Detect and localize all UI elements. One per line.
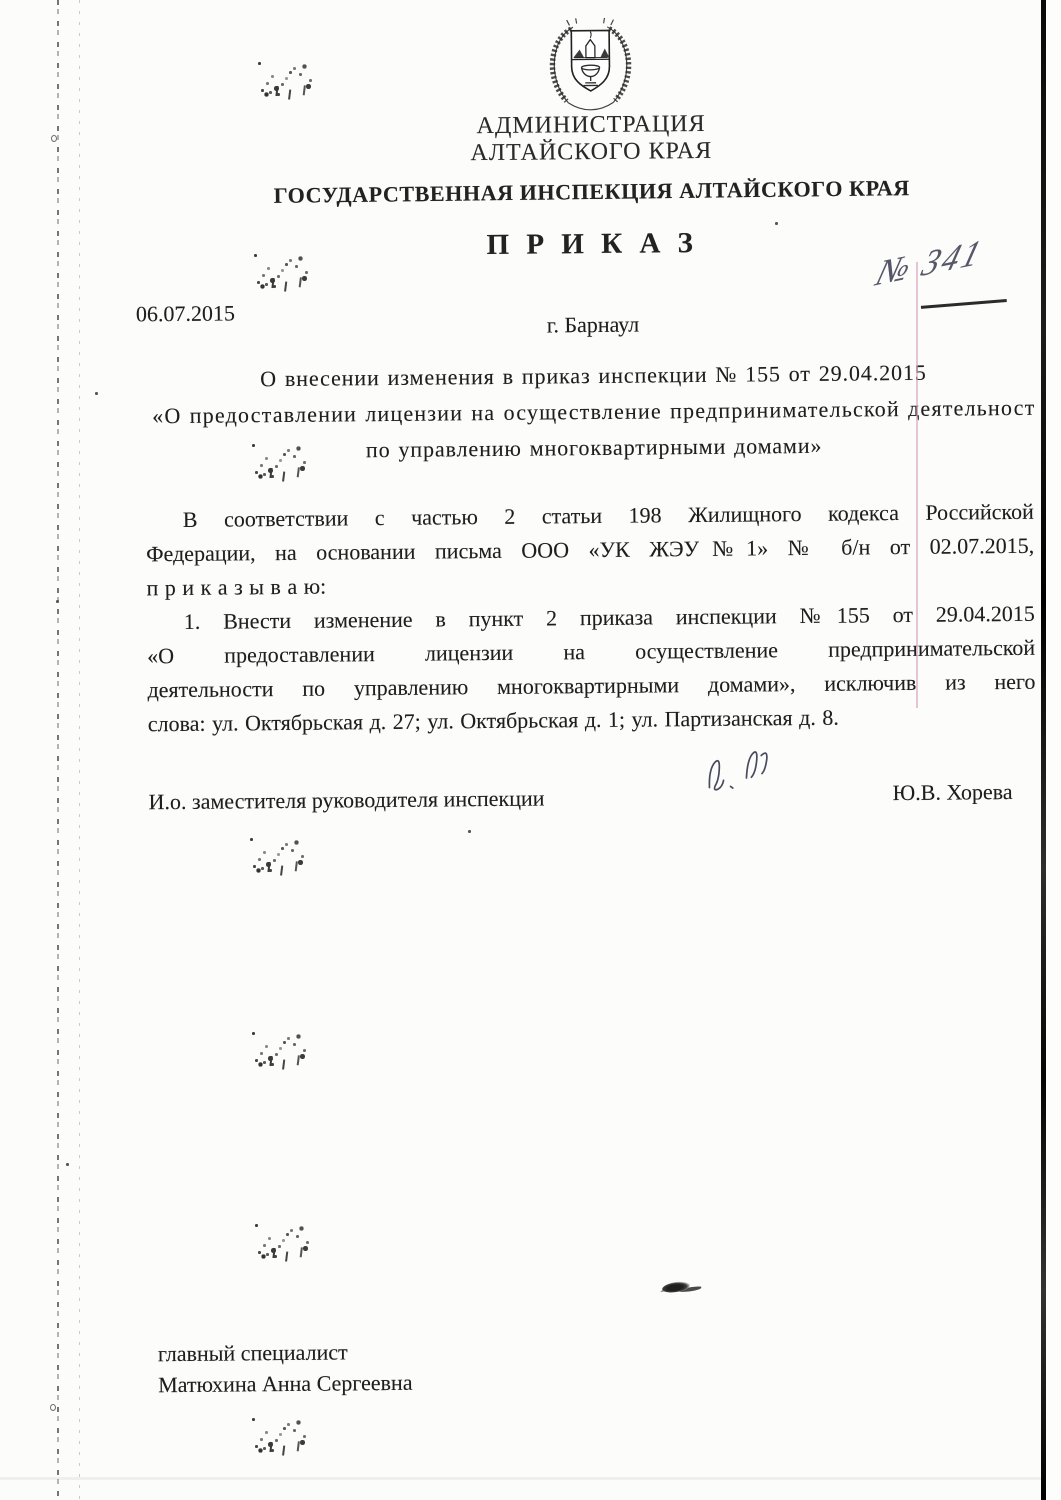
- scan-edge-line: [79, 0, 80, 1500]
- paragraph-2: 1. Внести изменение в пункт 2 приказа ин…: [147, 597, 1036, 742]
- scan-speck: [95, 392, 98, 395]
- executor-name: Матюхина Анна Сергеевна: [158, 1367, 413, 1400]
- body-line: слова: ул. Октябрьская д. 27; ул. Октябр…: [148, 699, 1036, 742]
- document-content: АДМИНИСТРАЦИЯ АЛТАЙСКОГО КРАЯ ГОСУДАРСТВ…: [126, 0, 1061, 1500]
- scan-speck: [51, 135, 57, 142]
- paragraph-1: В соответствии с частью 2 статьи 198 Жил…: [146, 495, 1035, 606]
- document-title: О внесении изменения в приказ инспекции …: [129, 354, 1058, 471]
- signer-position: И.о. заместителя руководителя инспекции: [148, 786, 544, 816]
- executor-position: главный специалист: [158, 1336, 413, 1369]
- altai-krai-emblem-graphic: [530, 17, 651, 126]
- issuing-authority: ГОСУДАРСТВЕННАЯ ИНСПЕКЦИЯ АЛТАЙСКОГО КРА…: [128, 173, 1056, 210]
- document-city: г. Барнаул: [129, 308, 1057, 343]
- signature-row: И.о. заместителя руководителя инспекции …: [133, 781, 1061, 822]
- scanned-document-page: АДМИНИСТРАЦИЯ АЛТАЙСКОГО КРАЯ ГОСУДАРСТВ…: [0, 0, 1061, 1500]
- scan-edge-line: [57, 0, 59, 1500]
- coat-of-arms-icon: [530, 17, 651, 126]
- number-underline: [921, 299, 1007, 308]
- executor-block: главный специалист Матюхина Анна Сергеев…: [158, 1336, 413, 1400]
- scan-speck: [56, 600, 59, 603]
- signer-name: Ю.В. Хорева: [892, 779, 1012, 806]
- scan-speck: [66, 1163, 69, 1166]
- organization-name: АДМИНИСТРАЦИЯ АЛТАЙСКОГО КРАЯ: [127, 108, 1055, 171]
- scan-speck: [50, 1404, 56, 1411]
- document-body: В соответствии с частью 2 статьи 198 Жил…: [146, 495, 1036, 742]
